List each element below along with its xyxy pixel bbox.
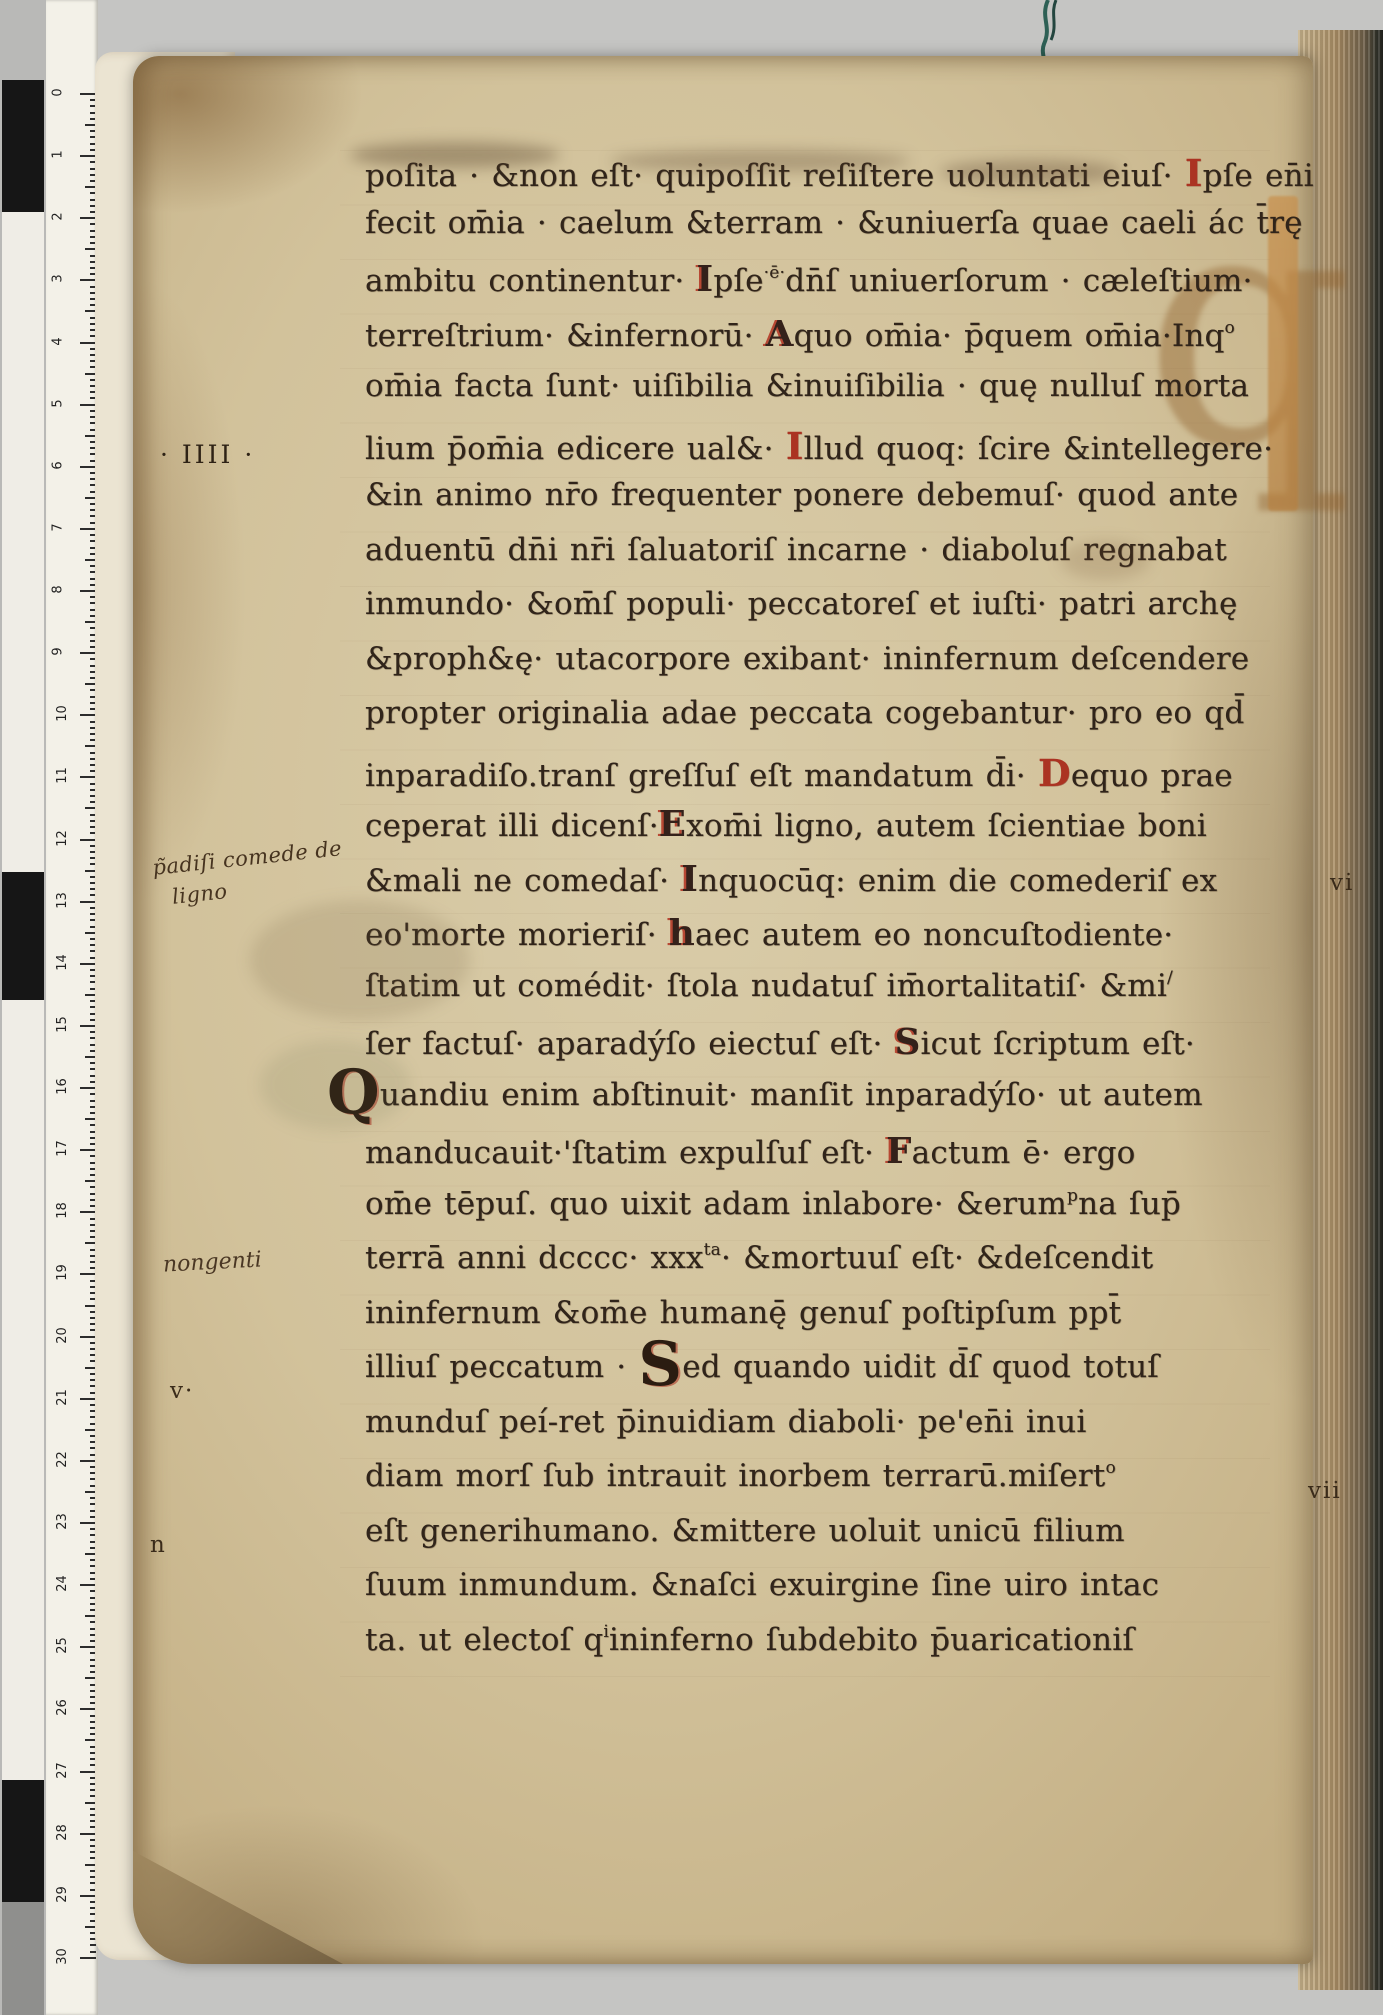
text-segment: pſe en̄i (1203, 158, 1314, 194)
ruler-tick (90, 1944, 96, 1946)
ruler-number: 28 (55, 1824, 70, 1841)
calibration-block (2, 1000, 44, 1780)
ruler-tick (80, 1087, 96, 1089)
ruler-number: 5 (51, 399, 66, 407)
text-segment: ininfernum &om̄e humanę̄ genuſ poſtipſum… (365, 1295, 1121, 1331)
text-line: inmundo· &om̄ſ populi· peccatoreſ et iuſ… (365, 586, 1238, 640)
ruler-tick (80, 1646, 96, 1648)
text-segment: llud quoq: ſcire &intellegere· (804, 431, 1274, 467)
ruler-tick (80, 1211, 96, 1213)
marginal-note-quire-number: · IIII · (160, 440, 255, 469)
ruler-tick (80, 93, 96, 95)
ruler-number: 3 (51, 275, 66, 283)
text-segment: na ſup̄ (1078, 1186, 1181, 1222)
text-segment: &in animo nr̄o frequenter ponere debemuſ… (365, 477, 1238, 513)
text-segment: lium p̄om̄ia edicere ual&· (365, 431, 786, 467)
text-segment: inmundo· &om̄ſ populi· peccatoreſ et iuſ… (365, 586, 1238, 622)
text-line: terreſtrium· &infernorū· Aquo om̄ia· p̄q… (365, 314, 1235, 368)
ruler-tick (80, 1957, 96, 1959)
ruler-tick (80, 776, 96, 778)
text-segment: q (1205, 318, 1225, 354)
text-line: munduſ peí-ret p̄inuidiam diaboli· pe'en… (365, 1404, 1086, 1458)
ruler-number: 9 (51, 648, 66, 656)
rubricated-initial: I (1185, 150, 1203, 195)
ruler-tick (80, 1771, 96, 1773)
text-segment: terreſtrium· &infernorū· (365, 318, 766, 354)
ruler-number: 20 (55, 1327, 70, 1344)
ruler-number: 14 (55, 954, 70, 971)
parchment-stain (1060, 540, 1150, 580)
text-segment: ininferno ſubdebito p̄uaricationiſ (609, 1622, 1134, 1658)
text-line: inparadiſo.tranſ greſſuſ eſt mandatum d̄… (365, 750, 1233, 804)
ruler-number: 4 (51, 337, 66, 345)
ruler-tick (80, 1149, 96, 1151)
ruler-tick (80, 1833, 96, 1835)
text-segment: nquocūq: enim die comederiſ ex (698, 863, 1217, 899)
text-segment: illiuſ peccatum · (365, 1349, 638, 1385)
text-segment: actum ē· ergo (912, 1135, 1136, 1171)
ruler-number: 19 (55, 1265, 70, 1282)
text-line: propter originalia adae peccata cogebant… (365, 695, 1244, 749)
text-line: om̄e tēpuſ. quo uixit adam inlabore· &er… (365, 1186, 1181, 1240)
ruler-tick (80, 901, 96, 903)
ruler-tick (80, 1273, 96, 1275)
text-line: ceperat illi dicenſ·Exom̄i ligno, autem … (365, 804, 1207, 858)
ruler-number: 22 (55, 1451, 70, 1468)
ruler-tick (90, 1951, 96, 1953)
ruler-number: 26 (55, 1700, 70, 1717)
red-touched-initial: I (681, 859, 698, 900)
superscript-gloss: / (1167, 968, 1173, 988)
text-segment: propter originalia adae peccata cogebant… (365, 695, 1244, 731)
calibration-block (2, 1902, 44, 2015)
text-segment: dn̄ſ uniuerſorum · cæleſtium· (785, 263, 1252, 299)
ruler-tick (80, 590, 96, 592)
ruler-tick (80, 1708, 96, 1710)
ruler-tick (80, 1398, 96, 1400)
red-touched-initial: F (886, 1131, 912, 1172)
manuscript-photo: cm 0123456789101112131415161718192021222… (0, 0, 1383, 2015)
superscript-gloss: p (1067, 1186, 1078, 1206)
text-segment: ceperat illi dicenſ· (365, 808, 659, 844)
calibration-block (2, 1780, 44, 1902)
text-segment: ſer factuſ· aparadýſo eiectuſ eſt· (365, 1026, 895, 1062)
text-segment: · &mortuuſ eſt· &deſcendit (721, 1240, 1153, 1276)
text-line: illiuſ peccatum · Sed quando uidit d̄ſ q… (365, 1349, 1159, 1403)
ruler-number: 17 (55, 1140, 70, 1157)
calibration-block (2, 80, 44, 212)
parchment-stain (350, 142, 560, 168)
red-touched-initial: I (697, 259, 714, 300)
text-segment: ed quando uidit d̄ſ quod totuſ (682, 1349, 1159, 1385)
text-segment: om̄e tēpuſ. quo uixit adam inlabore· &er… (365, 1186, 1067, 1222)
ruler-tick (80, 404, 96, 406)
text-segment: xom̄i ligno, autem ſcientiae boni (686, 808, 1207, 844)
text-line: ſuum inmundum. &naſci exuirgine ſine uir… (365, 1567, 1159, 1621)
text-segment: ſtatim ut comédit· ſtola nudatuſ im̄orta… (365, 968, 1167, 1004)
text-line: &mali ne comedaſ· Inquocūq: enim die com… (365, 859, 1217, 913)
text-line: eſt generihumano. &mittere uoluit unicū … (365, 1513, 1125, 1567)
marginal-note-letter-v: v· (170, 1378, 194, 1404)
ruler-number: 25 (55, 1637, 70, 1654)
ruler-tick (80, 652, 96, 654)
ruler-number: 2 (51, 213, 66, 221)
text-segment: diam morſ ſub intrauit inorbem terrarū.m… (365, 1458, 1105, 1494)
red-touched-initial: h (669, 913, 695, 954)
parchment-stain (260, 1040, 410, 1130)
ruler-tick (80, 1522, 96, 1524)
calibration-block (2, 872, 44, 1000)
marginal-note-chapter-vi: vi (1330, 870, 1354, 896)
ruler-tick (80, 1584, 96, 1586)
superscript-gloss: ·ē· (764, 263, 786, 283)
red-touched-initial: A (766, 314, 794, 355)
text-segment: eſt generihumano. &mittere uoluit unicū … (365, 1513, 1125, 1549)
superscript-gloss: ta (704, 1240, 721, 1260)
text-segment: ta. ut electoſ q (365, 1622, 603, 1658)
ruler-number: 15 (55, 1016, 70, 1033)
ruler-number: 24 (55, 1575, 70, 1592)
text-segment: ſuum inmundum. &naſci exuirgine ſine uir… (365, 1567, 1159, 1603)
ruler-number: 6 (51, 461, 66, 469)
text-segment: inparadiſo.tranſ greſſuſ eſt mandatum d̄… (365, 758, 1038, 794)
ruler-tick (80, 528, 96, 530)
ruler-tick (80, 466, 96, 468)
text-segment: manducauit·'ſtatim expulſuſ eſt· (365, 1135, 886, 1171)
ruler-number: 16 (55, 1078, 70, 1095)
ruler-number: 18 (55, 1203, 70, 1220)
ruler-number: 11 (55, 768, 70, 785)
ruler-number: 21 (55, 1389, 70, 1406)
text-segment: quo om̄ia· p̄quem om̄ia·In (794, 318, 1205, 354)
text-segment: &mali ne comedaſ· (365, 863, 681, 899)
ruler-number: 29 (55, 1886, 70, 1903)
text-line: &proph&ę· utacorpore exibant· ininfernum… (365, 641, 1249, 695)
large-initial: S (638, 1329, 682, 1400)
marginal-note-letter-n: n (150, 1532, 167, 1558)
text-line: ta. ut electoſ qiininferno ſubdebito p̄u… (365, 1622, 1134, 1676)
ruler-number: 0 (51, 88, 66, 96)
rubricated-initial: D (1038, 750, 1071, 795)
text-line: fecit om̄ia · caelum &terram · &uniuerſa… (365, 205, 1303, 259)
ruler-number: 8 (51, 585, 66, 593)
rubricated-initial: I (786, 423, 804, 468)
text-segment: munduſ peí-ret p̄inuidiam diaboli· pe'en… (365, 1404, 1086, 1440)
text-line: eo'morte morieriſ· haec autem eo noncuſt… (365, 913, 1173, 967)
text-line: ambitu continentur· Ipſe·ē·dn̄ſ uniuerſo… (365, 259, 1253, 313)
ruler-tick (80, 217, 96, 219)
text-line: &in animo nr̄o frequenter ponere debemuſ… (365, 477, 1238, 531)
superscript-gloss: o (1225, 318, 1235, 338)
ruler-tick (80, 1895, 96, 1897)
text-line: manducauit·'ſtatim expulſuſ eſt· Factum … (365, 1131, 1136, 1185)
ruler-number: 27 (55, 1762, 70, 1779)
ruler-tick (80, 155, 96, 157)
calibration-strip (0, 0, 48, 2015)
ruler-number: 10 (55, 706, 70, 723)
text-segment: &proph&ę· utacorpore exibant· ininfernum… (365, 641, 1249, 677)
ruler-tick (80, 714, 96, 716)
text-segment: ambitu continentur· (365, 263, 697, 299)
text-line: ſtatim ut comédit· ſtola nudatuſ im̄orta… (365, 968, 1173, 1022)
marginal-note-gloss-nongenti: nongenti (162, 1247, 262, 1277)
text-segment: icut ſcriptum eſt· (921, 1026, 1195, 1062)
red-touched-initial: E (659, 804, 686, 845)
text-segment: terrā anni dcccc· xxx (365, 1240, 704, 1276)
text-line: lium p̄om̄ia edicere ual&· Illud quoq: ſ… (365, 423, 1273, 477)
text-segment: fecit om̄ia · caelum &terram · &uniuerſa… (365, 205, 1303, 241)
text-line: diam morſ ſub intrauit inorbem terrarū.m… (365, 1458, 1116, 1512)
parchment-stain (250, 900, 470, 1020)
superscript-gloss: o (1105, 1458, 1115, 1478)
ruler-number: 30 (55, 1948, 70, 1965)
ruler-number: 23 (55, 1513, 70, 1530)
ruler-tick (80, 963, 96, 965)
text-segment: aec autem eo noncuſtodiente· (695, 917, 1173, 953)
text-segment: uandiu enim abſtinuit· manſit inparadýſo… (380, 1077, 1203, 1113)
text-line: om̄ia facta ſunt· uiſibilia &inuiſibilia… (365, 368, 1249, 422)
ruler-tick (80, 1336, 96, 1338)
ruler-number: 12 (55, 830, 70, 847)
text-segment: equo prae (1071, 758, 1233, 794)
text-line: terrā anni dcccc· xxxta· &mortuuſ eſt· &… (365, 1240, 1153, 1294)
ruler-tick (80, 839, 96, 841)
ruler-tick (80, 1025, 96, 1027)
marginal-note-chapter-vii: vii (1308, 1478, 1342, 1504)
ruler-tick (80, 1460, 96, 1462)
ruler-tick (80, 279, 96, 281)
text-segment: pſe (713, 263, 763, 299)
text-segment: om̄ia facta ſunt· uiſibilia &inuiſibilia… (365, 368, 1249, 404)
parchment-stain (610, 150, 910, 172)
ruler-number: 7 (51, 523, 66, 531)
cm-ruler: cm 0123456789101112131415161718192021222… (46, 0, 98, 2015)
text-line: ininfernum &om̄e humanę̄ genuſ poſtipſum… (365, 1295, 1121, 1349)
calibration-block (2, 212, 44, 872)
parchment-stain (940, 160, 1120, 184)
red-touched-initial: S (895, 1022, 921, 1063)
ruler-number: 13 (55, 892, 70, 909)
text-line: ſer factuſ· aparadýſo eiectuſ eſt· Sicut… (365, 1022, 1195, 1076)
ruler-number: 1 (51, 150, 66, 158)
ruler-tick (80, 342, 96, 344)
text-line: Quandiu enim abſtinuit· manſit inparadýſ… (327, 1077, 1203, 1131)
